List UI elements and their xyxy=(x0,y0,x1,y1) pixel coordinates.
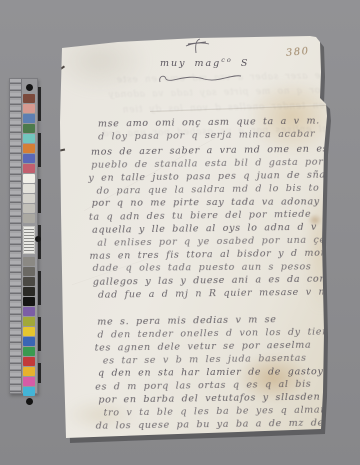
photographed-manuscript-scene: mos de azer saber a vra md ome en este p… xyxy=(0,0,360,465)
heading-cross-flourish xyxy=(182,37,212,55)
grayscale-step xyxy=(23,184,35,193)
calibration-ruler xyxy=(10,79,22,393)
color-patch xyxy=(23,307,35,316)
color-calibration-target xyxy=(9,78,38,394)
grayscale-step xyxy=(23,257,35,266)
color-patch xyxy=(23,164,35,173)
color-patch xyxy=(23,94,35,103)
color-patch xyxy=(23,154,35,163)
registration-dot-bottom xyxy=(26,398,33,405)
heading-underline-flourish xyxy=(156,70,244,88)
grayscale-step xyxy=(23,287,35,296)
color-patch xyxy=(23,327,35,336)
strip-label-tag xyxy=(23,226,35,254)
color-patch xyxy=(23,387,35,396)
color-patch xyxy=(23,124,35,133)
color-patch xyxy=(23,104,35,113)
grayscale-step xyxy=(23,214,35,223)
stitch-hole xyxy=(60,149,65,152)
color-patch xyxy=(23,367,35,376)
registration-dot-top xyxy=(26,84,33,91)
calibration-patch-column xyxy=(23,83,35,407)
manuscript-page: mos de azer saber a vra md ome en este p… xyxy=(58,32,332,444)
grayscale-step xyxy=(23,267,35,276)
paragraph-1: mse amo omi onç asm que ta a v m. d loy … xyxy=(98,114,320,143)
grayscale-step xyxy=(23,194,35,203)
paragraph-2: mos de azer saber a vra md ome en este p… xyxy=(91,142,332,302)
color-patch xyxy=(23,347,35,356)
color-patch xyxy=(23,317,35,326)
color-patch xyxy=(23,377,35,386)
color-patch xyxy=(23,337,35,346)
folio-number: 380 xyxy=(286,46,310,59)
grayscale-step xyxy=(23,204,35,213)
salutation-text: muy mag xyxy=(160,58,221,69)
salutation: muy magco S xyxy=(160,54,249,70)
salutation-initial: S xyxy=(241,58,250,69)
color-patch xyxy=(23,144,35,153)
handwritten-line: dad fue a d mj n R quier mesase v m xyxy=(98,285,332,302)
salutation-superscript: co xyxy=(221,56,233,64)
grayscale-step xyxy=(23,277,35,286)
color-patch xyxy=(23,357,35,366)
paragraph-3: me s. pera mis dedias v m se d den tende… xyxy=(97,312,332,432)
strip-shadow xyxy=(38,87,41,383)
color-patch xyxy=(23,114,35,123)
grayscale-step xyxy=(23,297,35,306)
color-patch xyxy=(23,134,35,143)
grayscale-step xyxy=(23,174,35,183)
